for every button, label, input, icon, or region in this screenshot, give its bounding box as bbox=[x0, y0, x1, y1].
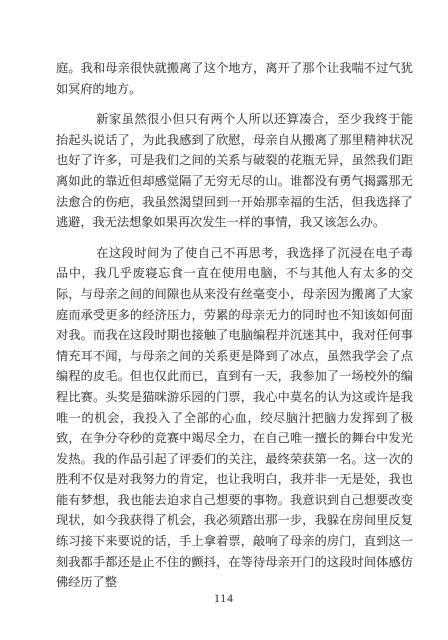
page-content: 庭。我和母亲很快就搬离了这个地方，离开了那个让我喘不过气犹如冥府的地方。 新家虽… bbox=[56, 58, 413, 603]
page-number: 114 bbox=[0, 593, 448, 605]
paragraph-programming-contest: 在这段时间为了使自己不再思考，我选择了沉浸在电子毒品中，我几乎废寝忘食一直在使用… bbox=[56, 243, 413, 593]
document-page: 庭。我和母亲很快就搬离了这个地方，离开了那个让我喘不过气犹如冥府的地方。 新家虽… bbox=[0, 0, 448, 640]
paragraph-continuation: 庭。我和母亲很快就搬离了这个地方，离开了那个让我喘不过气犹如冥府的地方。 bbox=[56, 58, 413, 99]
paragraph-new-home: 新家虽然很小但只有两个人所以还算凑合，至少我终于能抬起头说话了，为此我感到了欣慰… bbox=[56, 109, 413, 233]
